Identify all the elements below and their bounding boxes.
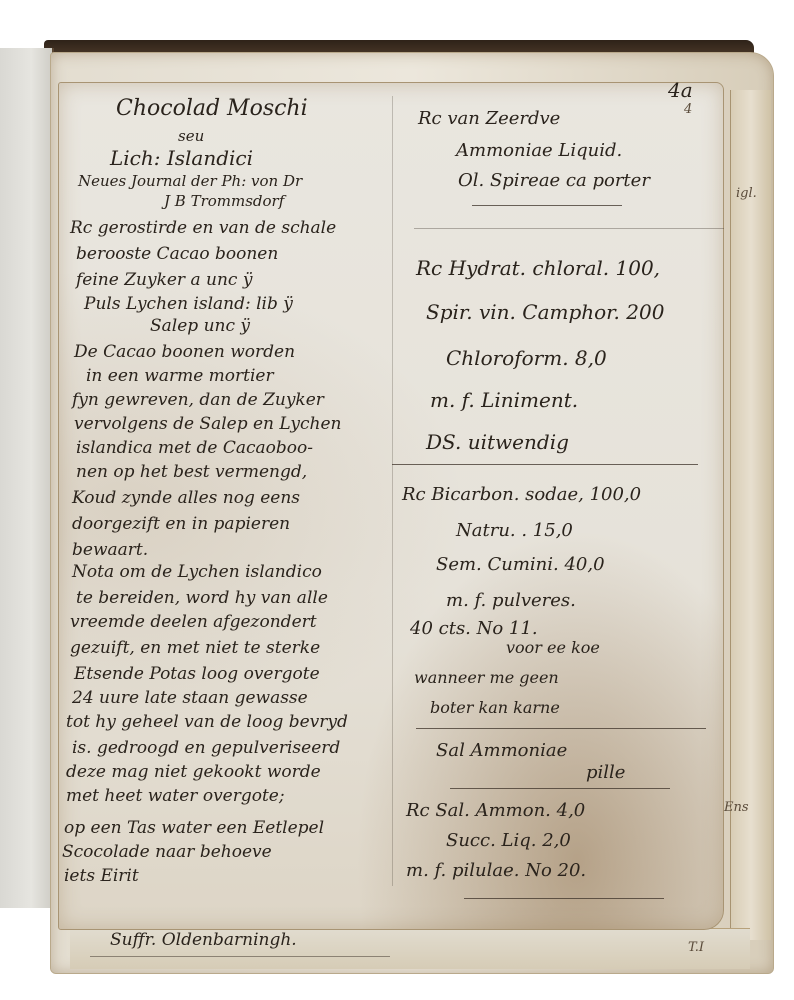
recipe-line: in een warme mortier bbox=[86, 366, 274, 386]
note-line: boter kan karne bbox=[430, 698, 560, 717]
prescription-line: Sem. Cumini. 40,0 bbox=[436, 554, 605, 575]
recipe-line: Koud zynde alles nog eens bbox=[72, 488, 300, 508]
recipe-line: Scocolade naar behoeve bbox=[62, 842, 272, 862]
prescription-line: Chloroform. 8,0 bbox=[446, 346, 607, 370]
recipe-line: deze mag niet gekookt worde bbox=[66, 762, 321, 782]
recipe-line: op een Tas water een Eetlepel bbox=[64, 818, 324, 838]
prescription-line: Spir. vin. Camphor. 200 bbox=[426, 300, 664, 324]
recipe-title: Chocolad Moschi bbox=[116, 96, 308, 121]
signature: Suffr. Oldenbarningh. bbox=[110, 930, 297, 950]
prescription-line: Ammoniae Liquid. bbox=[456, 140, 622, 161]
recipe-line: gezuift, en met niet te sterke bbox=[70, 638, 320, 658]
recipe-subtitle: Lich: Islandici bbox=[110, 146, 253, 170]
recipe-line: feine Zuyker a unc ÿ bbox=[76, 270, 252, 290]
recipe-line: tot hy geheel van de loog bevryd bbox=[66, 712, 348, 732]
separator-rule bbox=[464, 898, 664, 899]
recipe-line: Etsende Potas loog overgote bbox=[74, 664, 320, 684]
recipe-line: is. gedroogd en gepulveriseerd bbox=[72, 738, 340, 758]
recipe-line: fyn gewreven, dan de Zuyker bbox=[72, 390, 324, 410]
recipe-line: iets Eirit bbox=[64, 866, 139, 886]
prescription-title: Sal Ammoniae bbox=[436, 740, 567, 761]
recipe-line: met heet water overgote; bbox=[66, 786, 285, 806]
note-line: wanneer me geen bbox=[414, 668, 559, 687]
prescription-line: m. f. pilulae. No 20. bbox=[406, 860, 586, 881]
right-margin-mark-2: Ens bbox=[724, 800, 749, 815]
recipe-line: islandica met de Cacaoboo- bbox=[76, 438, 313, 458]
recipe-line: vervolgens de Salep en Lychen bbox=[74, 414, 341, 434]
separator-rule bbox=[416, 728, 706, 729]
signature-underline bbox=[90, 956, 390, 957]
recipe-line: 24 uure late staan gewasse bbox=[72, 688, 308, 708]
separator-rule bbox=[450, 788, 670, 789]
prescription-line: Rc van Zeerdve bbox=[418, 108, 560, 129]
recipe-line: Salep unc ÿ bbox=[150, 316, 250, 336]
recipe-line: nen op het best vermengd, bbox=[76, 462, 307, 482]
prescription-title: pille bbox=[586, 762, 625, 783]
page-number: 4a bbox=[668, 78, 693, 102]
recipe-line: vreemde deelen afgezondert bbox=[70, 612, 317, 632]
prescription-line: m. f. pulveres. bbox=[446, 590, 576, 611]
prescription-line: m. f. Liniment. bbox=[430, 388, 578, 412]
recipe-line: te bereiden, word hy van alle bbox=[76, 588, 328, 608]
prescription-line: Rc Sal. Ammon. 4,0 bbox=[406, 800, 585, 821]
separator-rule bbox=[472, 205, 622, 206]
right-margin-mark-1: igl. bbox=[736, 186, 757, 201]
recipe-line: Nota om de Lychen islandico bbox=[72, 562, 322, 582]
recipe-line: Puls Lychen island: lib ÿ bbox=[84, 294, 293, 314]
recipe-subtitle-seu: seu bbox=[178, 127, 204, 145]
recipe-line: doorgezift en in papieren bbox=[72, 514, 290, 534]
prescription-line: Succ. Liq. 2,0 bbox=[446, 830, 571, 851]
recipe-line: bewaart. bbox=[72, 540, 148, 560]
prescription-line: Ol. Spireae ca porter bbox=[458, 170, 650, 191]
recipe-line: Rc gerostirde en van de schale bbox=[70, 218, 336, 238]
separator-rule bbox=[414, 228, 724, 229]
prescription-line: Rc Hydrat. chloral. 100, bbox=[416, 256, 660, 280]
note-line: voor ee koe bbox=[506, 638, 600, 657]
prescription-line: DS. uitwendig bbox=[426, 430, 569, 454]
prescription-line: Natru. . 15,0 bbox=[456, 520, 573, 541]
recipe-line: De Cacao boonen worden bbox=[74, 342, 295, 362]
left-facing-page bbox=[0, 48, 54, 908]
recipe-source: Neues Journal der Ph: von Dr bbox=[78, 172, 302, 190]
column-divider bbox=[392, 96, 393, 886]
bottom-tab-mark: T.I bbox=[688, 940, 704, 955]
recipe-source-author: J B Trommsdorf bbox=[164, 192, 284, 210]
prescription-line: 40 cts. No 11. bbox=[410, 618, 538, 639]
prescription-line: Rc Bicarbon. sodae, 100,0 bbox=[402, 484, 641, 505]
separator-rule bbox=[392, 464, 698, 465]
corner-mark: 4 bbox=[684, 102, 692, 117]
recipe-line: berooste Cacao boonen bbox=[76, 244, 278, 264]
